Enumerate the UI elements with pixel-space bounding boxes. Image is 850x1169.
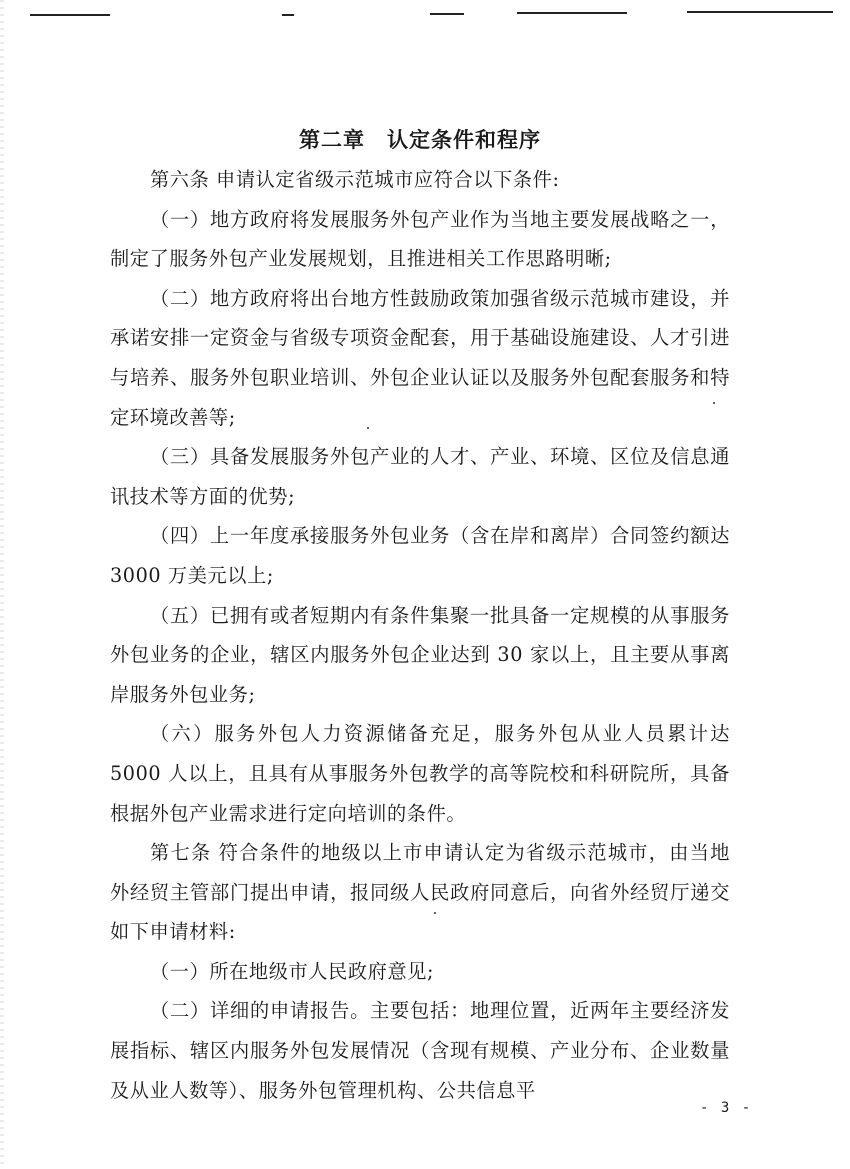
article-6-item-6: （六）服务外包人力资源储备充足，服务外包从业人员累计达 5000 人以上，且具有… bbox=[110, 714, 730, 833]
header-rule bbox=[687, 11, 833, 13]
article-6-item-3: （三）具备发展服务外包产业的人才、产业、环境、区位及信息通讯技术等方面的优势; bbox=[110, 437, 730, 516]
header-rule bbox=[30, 14, 110, 16]
page-number: - 3 - bbox=[700, 1100, 752, 1116]
document-page: 第二章认定条件和程序 第六条 申请认定省级示范城市应符合以下条件: （一）地方政… bbox=[110, 120, 730, 1110]
article-6: 第六条 申请认定省级示范城市应符合以下条件: bbox=[110, 160, 730, 200]
article-6-item-4: （四）上一年度承接服务外包业务（含在岸和离岸）合同签约额达 3000 万美元以上… bbox=[110, 516, 730, 595]
header-rule bbox=[517, 12, 627, 14]
article-6-item-5: （五）已拥有或者短期内有条件集聚一批具备一定规模的从事服务外包业务的企业，辖区内… bbox=[110, 596, 730, 715]
scan-speck bbox=[434, 912, 436, 914]
article-6-item-2: （二）地方政府将出台地方性鼓励政策加强省级示范城市建设，并承诺安排一定资金与省级… bbox=[110, 279, 730, 437]
article-7-item-2: （二）详细的申请报告。主要包括：地理位置，近两年主要经济发展指标、辖区内服务外包… bbox=[110, 991, 730, 1110]
article-6-item-1: （一）地方政府将发展服务外包产业作为当地主要发展战略之一，制定了服务外包产业发展… bbox=[110, 200, 730, 279]
chapter-name: 认定条件和程序 bbox=[387, 128, 541, 152]
article-7: 第七条 符合条件的地级以上市申请认定为省级示范城市，由当地外经贸主管部门提出申请… bbox=[110, 833, 730, 952]
scan-speck bbox=[367, 427, 369, 429]
header-rule bbox=[430, 13, 464, 15]
scan-speck bbox=[713, 402, 715, 404]
chapter-title: 第二章认定条件和程序 bbox=[110, 120, 730, 160]
chapter-number: 第二章 bbox=[299, 128, 365, 152]
scan-edge-artifact bbox=[0, 0, 4, 1169]
header-rule bbox=[282, 14, 294, 16]
article-7-item-1: （一）所在地级市人民政府意见; bbox=[110, 952, 730, 992]
